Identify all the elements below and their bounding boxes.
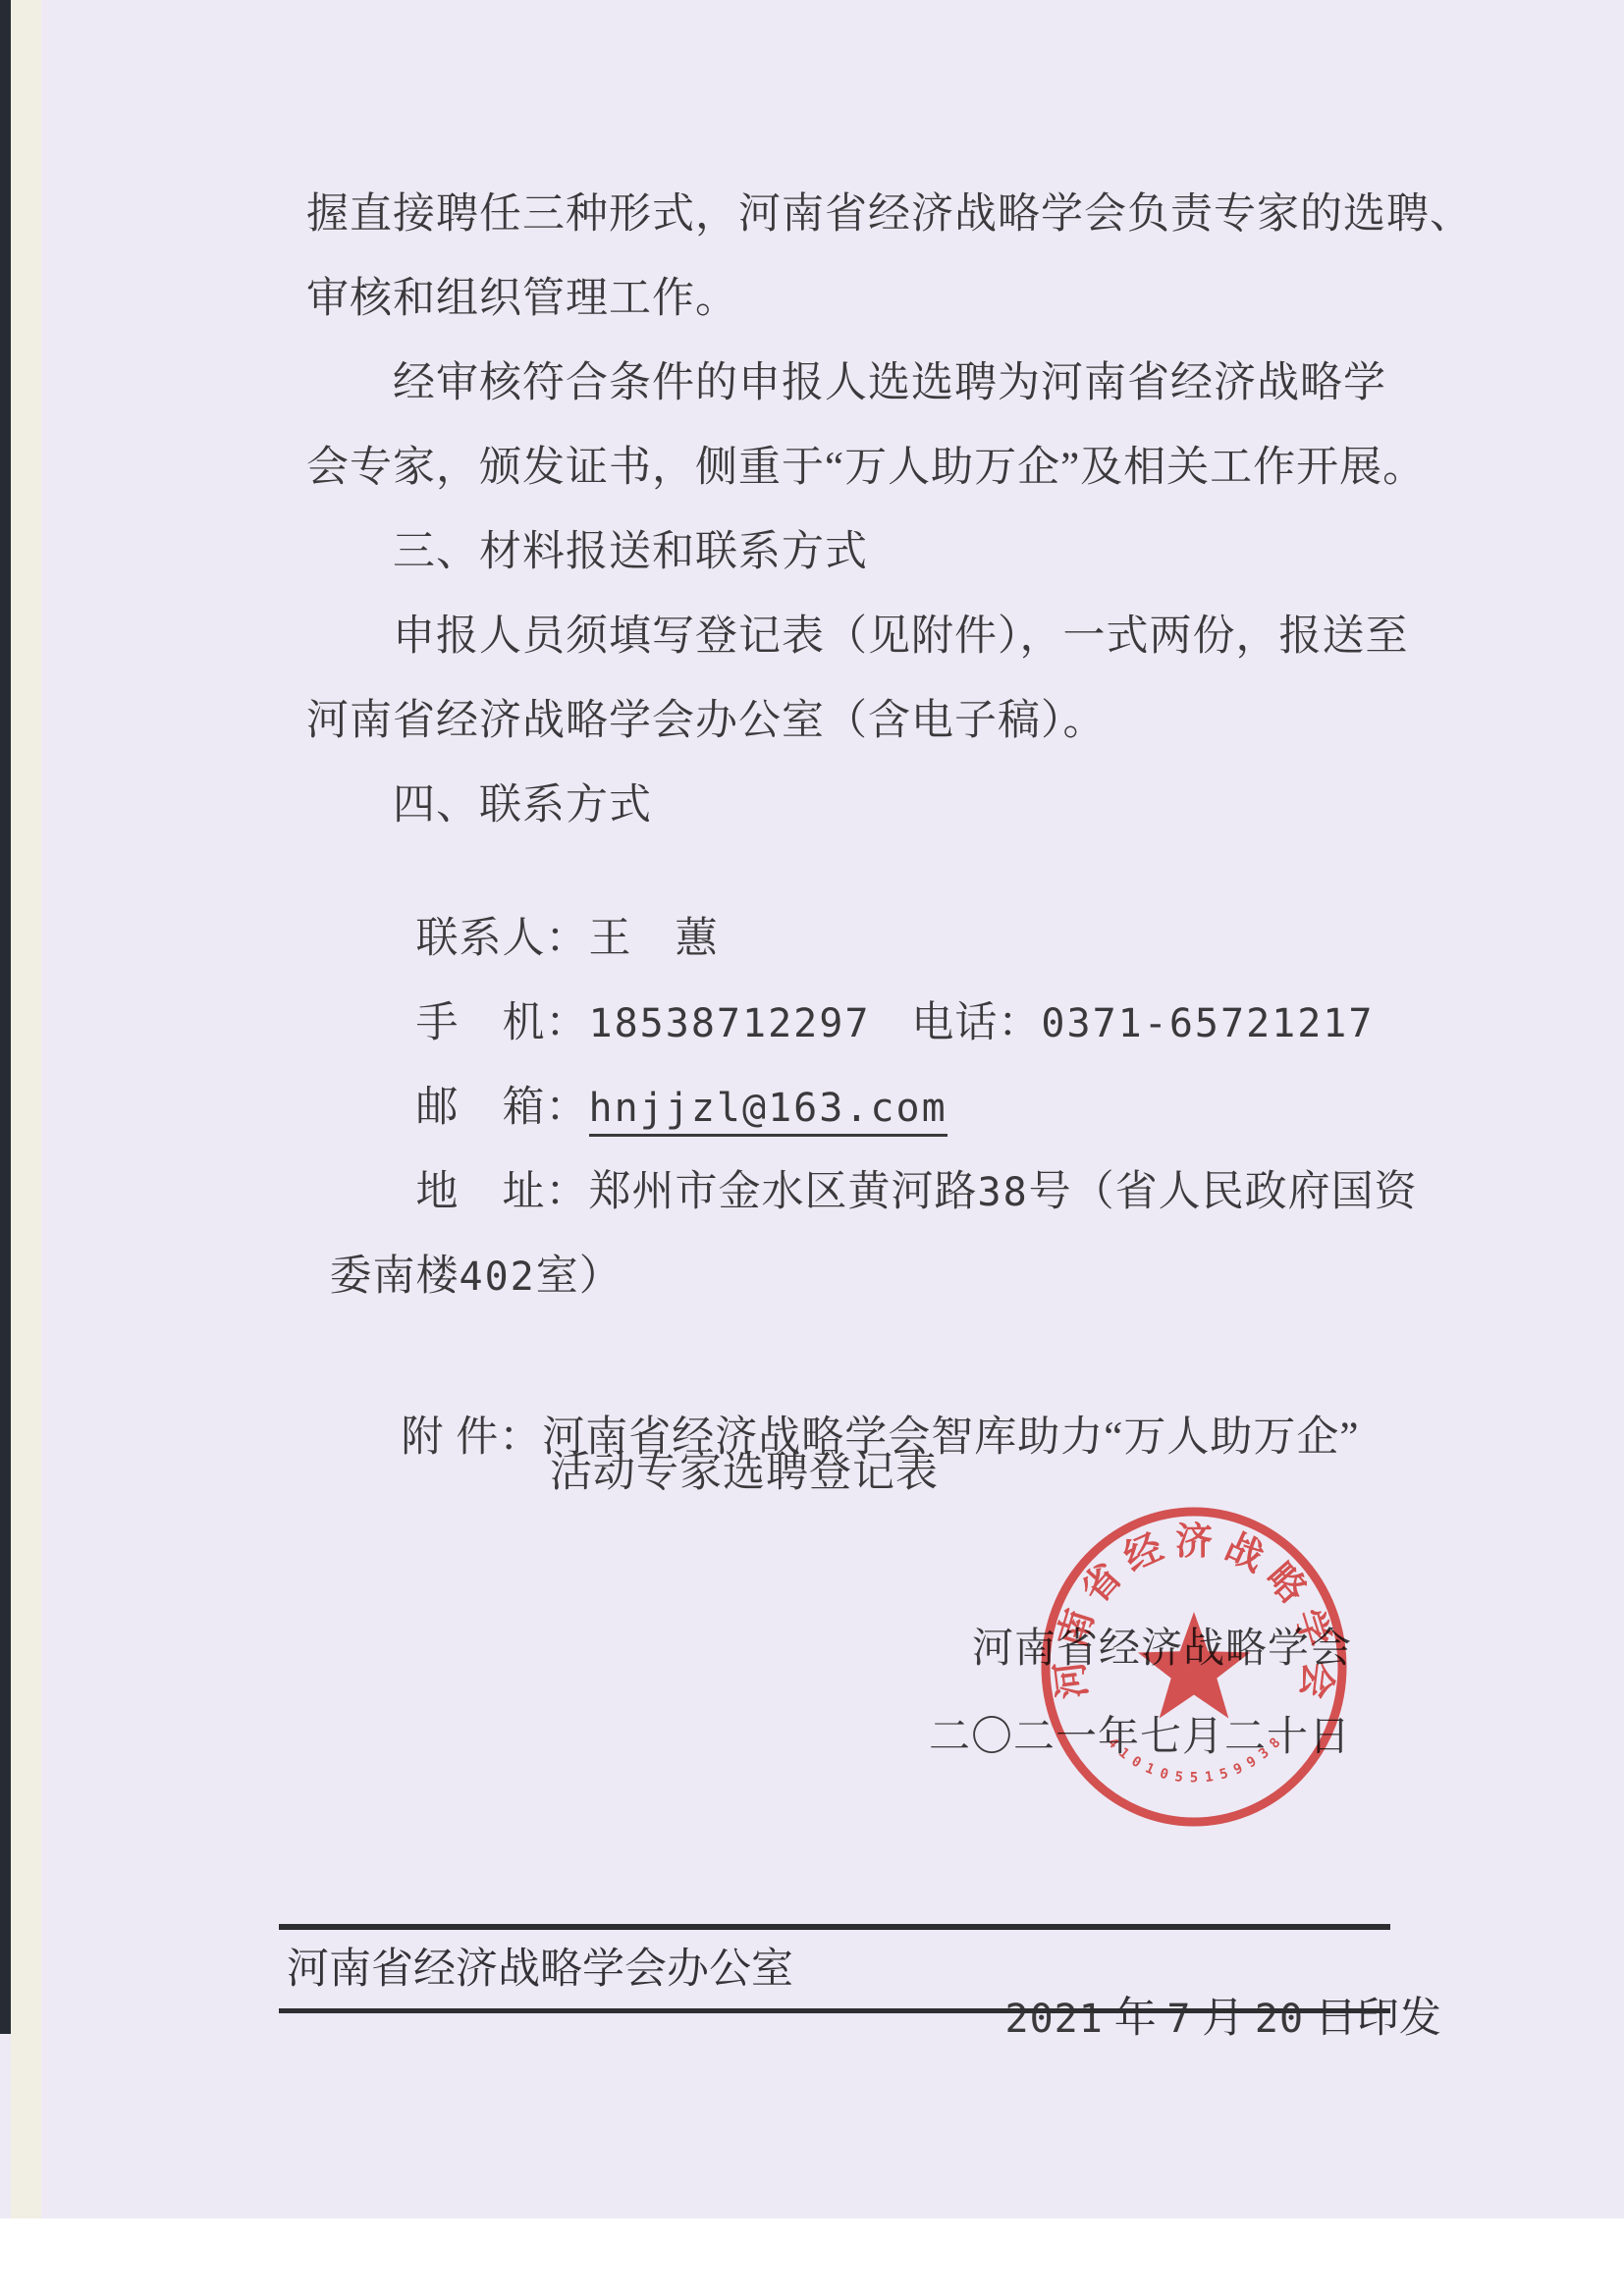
footer-print-day-suffix: 日印发 [1304, 1996, 1441, 2042]
tel-number: 0371-65721217 [1041, 1001, 1374, 1046]
address-part2: 号（省人民政府国资 [1029, 1169, 1418, 1215]
footer-issuer: 河南省经济战略学会办公室 [287, 1946, 793, 1995]
footer-rule-bottom [279, 2008, 1390, 2013]
section-heading-three: 三、材料报送和联系方式 [393, 528, 868, 577]
address-cont1: 委南楼 [330, 1254, 460, 1300]
official-seal: 河南省经济战略学会 4101055159938 [1037, 1504, 1351, 1828]
body-line-para3-1: 申报人员须填写登记表（见附件），一式两份，报送至 [393, 613, 1409, 662]
footer-print-year: 2021 [1005, 1997, 1104, 2042]
address-room-number: 402 [460, 1255, 536, 1300]
scan-left-cream-edge [11, 0, 41, 2218]
address-cont2: 室） [536, 1254, 623, 1300]
footer-print-year-unit: 年 [1104, 1996, 1167, 2042]
body-line-para1-1: 握直接聘任三种形式，河南省经济战略学会负责专家的选聘、 [306, 190, 1473, 240]
body-line-para1-2: 审核和组织管理工作。 [306, 275, 738, 324]
attachment-line-2: 活动专家选聘登记表 [550, 1449, 939, 1498]
scan-left-dark-edge [0, 0, 11, 2034]
body-line-para3-2: 河南省经济战略学会办公室（含电子稿）。 [306, 697, 1107, 746]
seal-serial-number: 4101055159938 [1105, 1735, 1284, 1787]
address-part1: 郑州市金水区黄河路 [589, 1169, 978, 1215]
contact-person-line: 联系人：王 蕙 [393, 866, 719, 964]
footer-print-day: 20 [1255, 1997, 1304, 2042]
scanned-document-page: { "document": { "para1_line1": "握直接聘任三种形… [0, 0, 1624, 2296]
email-line: 邮 箱：hnjjzl@163.com [393, 1035, 947, 1133]
address-street-number: 38 [978, 1170, 1029, 1215]
body-line-para2-2: 会专家，颁发证书，侧重于“万人助万企”及相关工作开展。 [306, 444, 1426, 493]
phone-line: 手 机：18538712297电话：0371-65721217 [393, 950, 1374, 1048]
seal-star-icon [1138, 1612, 1250, 1719]
footer-print-month-unit: 月 [1191, 1996, 1255, 2042]
footer-print-date: 2021 年 7 月 20 日印发 [984, 1946, 1441, 2044]
section-heading-four: 四、联系方式 [393, 781, 652, 830]
address-line-2: 委南楼402室） [306, 1203, 623, 1302]
footer-print-month: 7 [1166, 1997, 1191, 2042]
official-seal-graphic: 河南省经济战略学会 4101055159938 [1037, 1504, 1351, 1828]
attachment-label: 附 件： [402, 1415, 543, 1461]
address-line-1: 地 址：郑州市金水区黄河路38号（省人民政府国资 [393, 1119, 1418, 1217]
footer-rule-top [279, 1924, 1390, 1930]
attachment-line-1: 附 件：河南省经济战略学会智库助力“万人助万企” [378, 1364, 1359, 1463]
body-line-para2-1: 经审核符合条件的申报人选选聘为河南省经济战略学 [393, 359, 1386, 408]
